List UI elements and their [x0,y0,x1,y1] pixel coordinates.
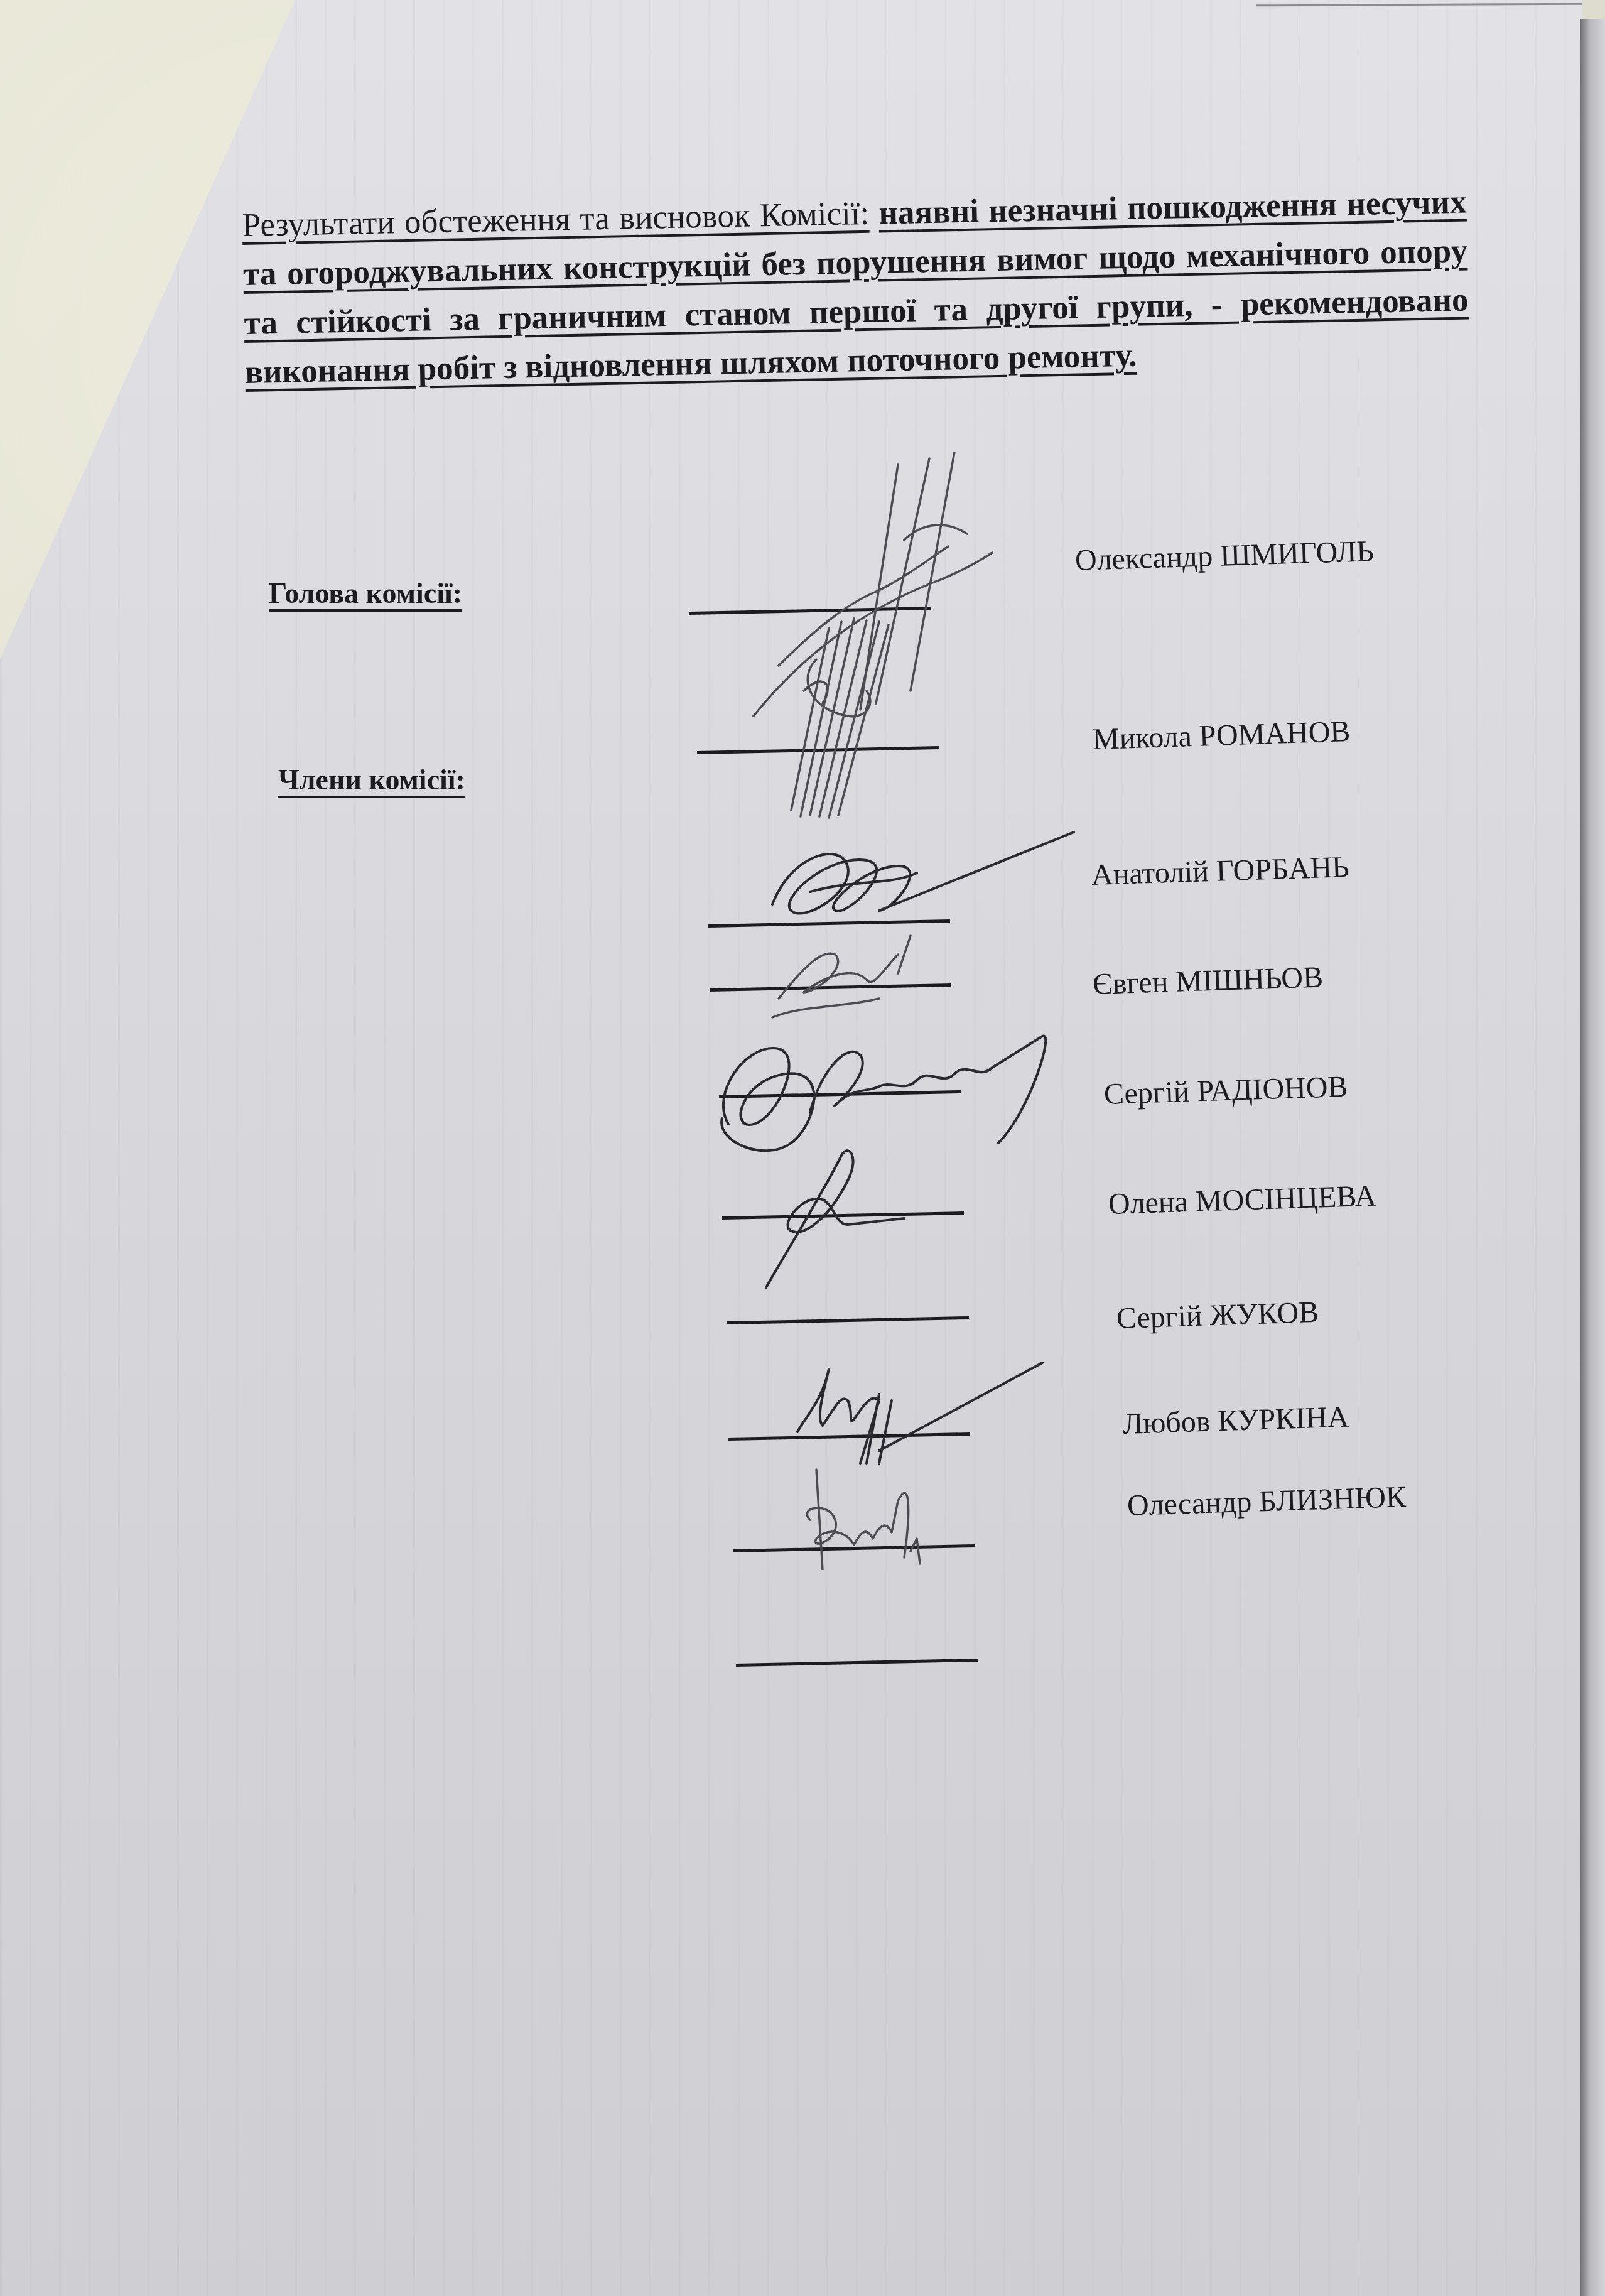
signatory-name: Анатолій ГОРБАНЬ [1091,850,1349,892]
signature-member-7 [785,1356,1049,1470]
signatory-name: Сергій РАДІОНОВ [1103,1069,1348,1112]
signature-line [697,746,939,754]
signatory-name: Олександр ШМИГОЛЬ [1074,534,1375,578]
signature-line [722,1211,964,1220]
signature-line [689,607,931,615]
signature-line [710,983,951,992]
signatory-name: Сергій ЖУКОВ [1116,1295,1319,1336]
signature-line [733,1544,975,1552]
signatory-name: Микола РОМАНОВ [1092,714,1351,757]
signature-block: Голова комісії: Члени комісії: Олександр… [0,0,1605,2296]
signature-member-1 [785,615,898,823]
signatory-name: Любов КУРКІНА [1122,1400,1349,1441]
signatory-name: Олена МОСІНЦЕВА [1108,1179,1377,1221]
signature-line [727,1316,969,1324]
signature-member-4 [703,1017,1055,1162]
signature-line [708,919,950,928]
members-label: Члени комісії: [278,763,465,796]
blank-signature-line [736,1659,978,1667]
chair-label: Голова комісії: [269,577,462,610]
signatory-name: Олесандр БЛИЗНЮК [1127,1480,1407,1523]
signature-member-3 [766,929,929,1024]
signature-chair [741,452,1005,722]
signatory-name: Євген МІШНЬОВ [1092,960,1324,1002]
signature-line [728,1432,970,1441]
signature-member-8 [785,1463,948,1570]
signature-line [719,1090,961,1098]
